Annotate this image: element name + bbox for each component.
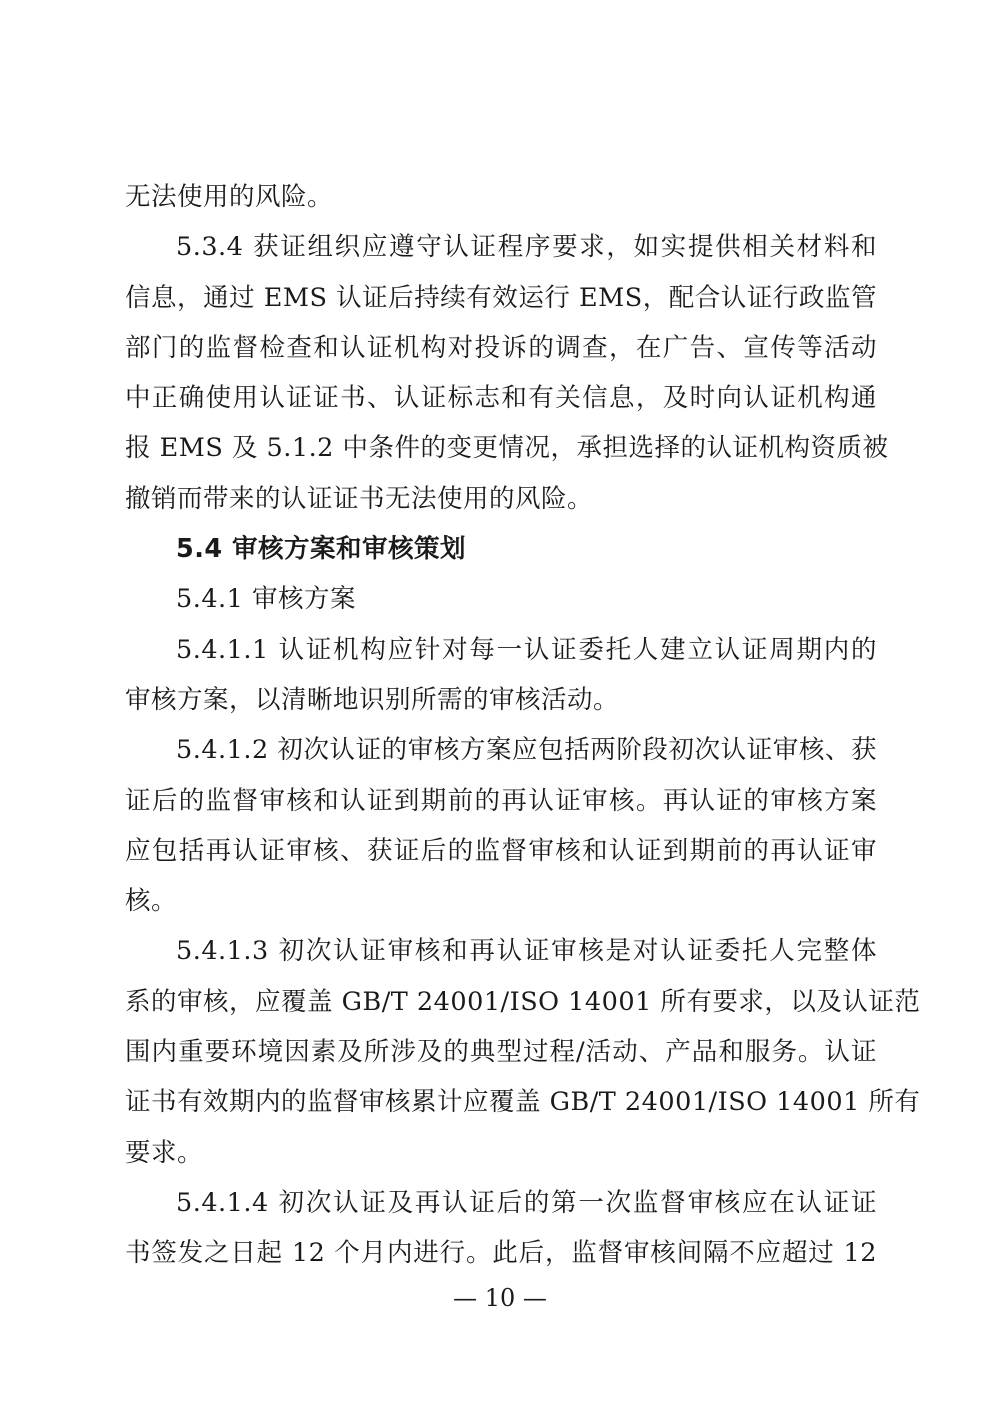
page-number: — 10 —	[0, 1283, 1000, 1313]
text-line: 报 EMS 及 5.1.2 中条件的变更情况，承担选择的认证机构资质被	[125, 423, 877, 473]
document-body: 无法使用的风险。 5.3.4 获证组织应遵守认证程序要求，如实提供相关材料和 信…	[125, 172, 877, 1279]
text-line: 证书有效期内的监督审核累计应覆盖 GB/T 24001/ISO 14001 所有	[125, 1077, 877, 1127]
text-line: 系的审核，应覆盖 GB/T 24001/ISO 14001 所有要求，以及认证范	[125, 977, 877, 1027]
subsection-heading-5-4-1: 5.4.1 审核方案	[125, 574, 877, 624]
paragraph-5-4-1-2: 5.4.1.2 初次认证的审核方案应包括两阶段初次认证审核、获	[125, 725, 877, 775]
text-line: 围内重要环境因素及所涉及的典型过程/活动、产品和服务。认证	[125, 1027, 877, 1077]
paragraph-5-3-4: 5.3.4 获证组织应遵守认证程序要求，如实提供相关材料和	[125, 222, 877, 272]
text-line: 部门的监督检查和认证机构对投诉的调查，在广告、宣传等活动	[125, 323, 877, 373]
section-heading-5-4: 5.4 审核方案和审核策划	[125, 524, 877, 574]
text-line: 撤销而带来的认证证书无法使用的风险。	[125, 474, 877, 524]
text-line: 证后的监督审核和认证到期前的再认证审核。再认证的审核方案	[125, 776, 877, 826]
text-line: 中正确使用认证证书、认证标志和有关信息，及时向认证机构通	[125, 373, 877, 423]
text-line: 要求。	[125, 1128, 877, 1178]
text-line: 无法使用的风险。	[125, 172, 877, 222]
text-line: 书签发之日起 12 个月内进行。此后，监督审核间隔不应超过 12	[125, 1228, 877, 1278]
text-line: 信息，通过 EMS 认证后持续有效运行 EMS，配合认证行政监管	[125, 273, 877, 323]
text-line: 核。	[125, 876, 877, 926]
text-line: 审核方案，以清晰地识别所需的审核活动。	[125, 675, 877, 725]
text-line: 应包括再认证审核、获证后的监督审核和认证到期前的再认证审	[125, 826, 877, 876]
paragraph-5-4-1-1: 5.4.1.1 认证机构应针对每一认证委托人建立认证周期内的	[125, 625, 877, 675]
paragraph-5-4-1-3: 5.4.1.3 初次认证审核和再认证审核是对认证委托人完整体	[125, 926, 877, 976]
paragraph-5-4-1-4: 5.4.1.4 初次认证及再认证后的第一次监督审核应在认证证	[125, 1178, 877, 1228]
